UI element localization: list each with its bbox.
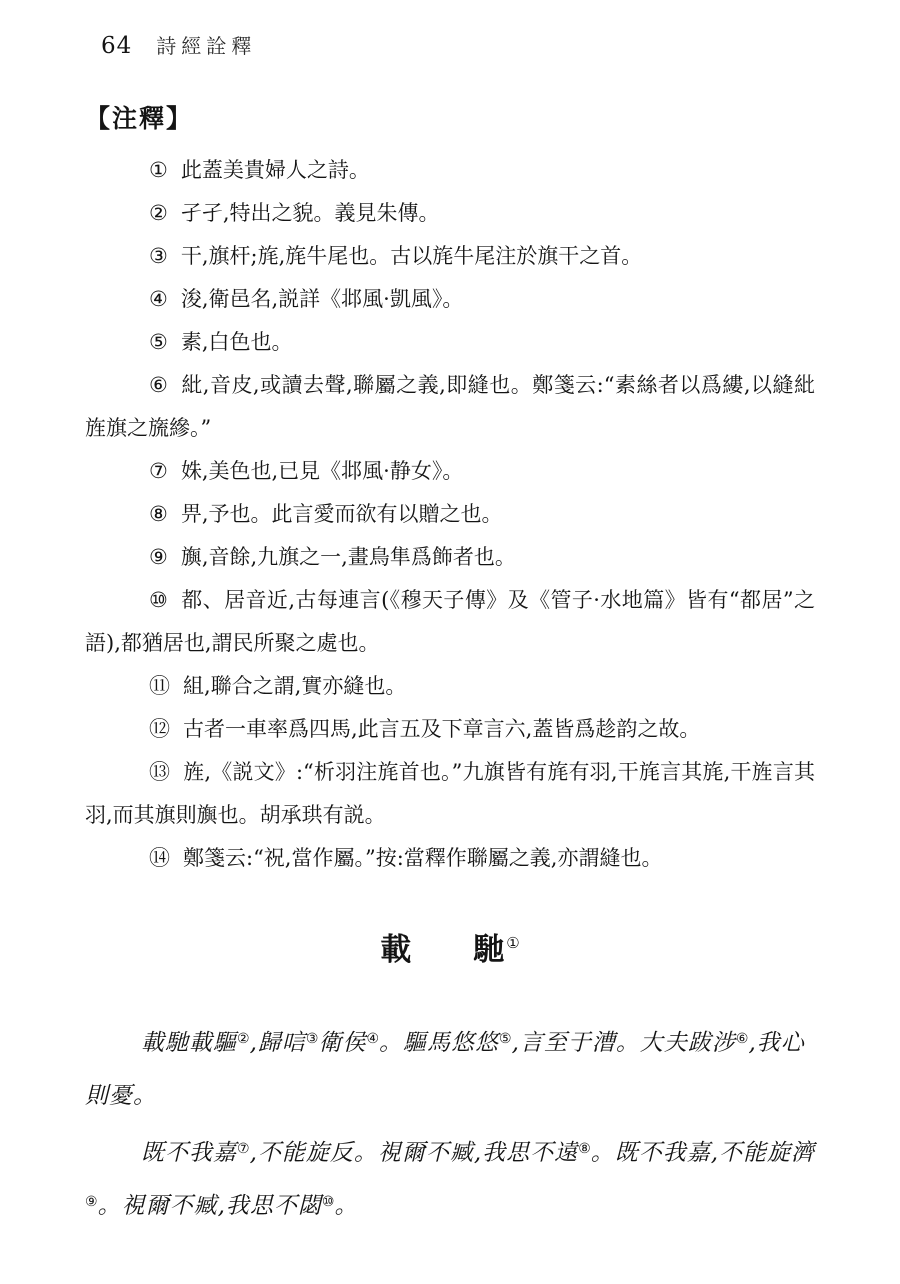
note-item: ⑪組,聯合之謂,實亦縫也。 <box>85 665 815 708</box>
note-item: ⑦姝,美色也,已見《邶風·静女》。 <box>85 450 815 493</box>
verse-text: 衛侯 <box>318 1030 366 1056</box>
note-text: 組,聯合之謂,實亦縫也。 <box>183 674 406 698</box>
note-text: 浚,衛邑名,説詳《邶風·凱風》。 <box>181 287 464 311</box>
note-text: 古者一車率爲四馬,此言五及下章言六,蓋皆爲趁韵之故。 <box>183 717 700 741</box>
note-ref: ⑤ <box>499 1031 512 1047</box>
note-number: ⑩ <box>149 588 168 612</box>
note-number: ② <box>149 201 168 225</box>
verse-text: 。驅馬悠悠 <box>379 1030 499 1056</box>
notes-section-header: 【注釋】 <box>85 99 815 135</box>
note-number: ⑤ <box>149 330 168 354</box>
note-item: ⑨旟,音餘,九旗之一,畫鳥隼爲飾者也。 <box>85 536 815 579</box>
note-number: ⑨ <box>149 545 168 569</box>
note-item: ⑭鄭箋云:“祝,當作屬。”按:當釋作聯屬之義,亦謂縫也。 <box>85 837 815 880</box>
poem-body: 載馳載驅②,歸唁③衛侯④。驅馬悠悠⑤,言至于漕。大夫跋涉⑥,我心則憂。 既不我嘉… <box>85 1017 825 1233</box>
note-item: ④浚,衛邑名,説詳《邶風·凱風》。 <box>85 278 815 321</box>
note-number: ⑥ <box>149 373 168 397</box>
note-number: ③ <box>149 244 168 268</box>
note-text: 素,白色也。 <box>181 330 293 354</box>
verse-text: 。既不我嘉,不能旋濟 <box>591 1140 815 1166</box>
note-ref: ⑥ <box>736 1031 749 1047</box>
poem-title-char: 馳 <box>473 932 504 968</box>
verse-text: 。視爾不臧,我思不閟 <box>98 1193 322 1219</box>
note-number: ⑭ <box>149 846 170 870</box>
note-item: ①此蓋美貴婦人之詩。 <box>85 149 815 192</box>
poem-title: 載馳① <box>85 924 815 969</box>
note-text: 紕,音皮,或讀去聲,聯屬之義,即縫也。鄭箋云:“素絲者以爲縷,以縫紕旌旗之旒縿。… <box>85 373 815 440</box>
note-item: ⑥紕,音皮,或讀去聲,聯屬之義,即縫也。鄭箋云:“素絲者以爲縷,以縫紕旌旗之旒縿… <box>85 364 815 450</box>
verse-text: 。 <box>334 1193 358 1219</box>
note-number: ⑦ <box>149 459 168 483</box>
note-text: 姝,美色也,已見《邶風·静女》。 <box>181 459 464 483</box>
note-text: 旌,《説文》:“析羽注旄首也。”九旗皆有旄有羽,干旄言其旄,干旌言其羽,而其旗則… <box>85 760 815 827</box>
poem-stanza: 載馳載驅②,歸唁③衛侯④。驅馬悠悠⑤,言至于漕。大夫跋涉⑥,我心則憂。 <box>85 1017 825 1123</box>
note-text: 鄭箋云:“祝,當作屬。”按:當釋作聯屬之義,亦謂縫也。 <box>183 846 662 870</box>
note-item: ②孑孑,特出之貌。義見朱傳。 <box>85 192 815 235</box>
note-text: 旟,音餘,九旗之一,畫鳥隼爲飾者也。 <box>181 545 516 569</box>
note-number: ① <box>149 158 168 182</box>
note-ref: ⑩ <box>322 1194 335 1210</box>
note-ref: ⑨ <box>85 1194 98 1210</box>
verse-text: ,不能旋反。視爾不臧,我思不遠 <box>250 1140 579 1166</box>
note-text: 畀,予也。此言愛而欲有以贈之也。 <box>181 502 503 526</box>
note-number: ⑬ <box>149 760 170 784</box>
running-header: 64 詩經詮釋 <box>101 30 815 59</box>
note-ref: ⑧ <box>578 1141 591 1157</box>
notes-list: ①此蓋美貴婦人之詩。 ②孑孑,特出之貌。義見朱傳。 ③干,旗杆;旄,旄牛尾也。古… <box>85 149 815 880</box>
poem-title-char: 載 <box>380 932 411 968</box>
note-item: ⑤素,白色也。 <box>85 321 815 364</box>
page-number: 64 <box>101 33 132 59</box>
verse-text: ,歸唁 <box>250 1030 306 1056</box>
note-text: 此蓋美貴婦人之詩。 <box>181 158 370 182</box>
verse-text: 載馳載驅 <box>141 1030 237 1056</box>
note-number: ⑪ <box>149 674 170 698</box>
note-text: 都、居音近,古每連言(《穆天子傳》及《管子·水地篇》皆有“都居”之語),都猶居也… <box>85 588 815 655</box>
verse-text: 既不我嘉 <box>141 1140 237 1166</box>
note-text: 孑孑,特出之貌。義見朱傳。 <box>181 201 440 225</box>
note-number: ④ <box>149 287 168 311</box>
note-ref: ④ <box>366 1031 379 1047</box>
verse-text: ,言至于漕。大夫跋涉 <box>512 1030 736 1056</box>
poem-title-note-ref: ① <box>506 934 519 952</box>
note-item: ③干,旗杆;旄,旄牛尾也。古以旄牛尾注於旗干之首。 <box>85 235 815 278</box>
note-text: 干,旗杆;旄,旄牛尾也。古以旄牛尾注於旗干之首。 <box>181 244 642 268</box>
note-ref: ③ <box>306 1031 319 1047</box>
book-page: 64 詩經詮釋 【注釋】 ①此蓋美貴婦人之詩。 ②孑孑,特出之貌。義見朱傳。 ③… <box>0 0 900 1284</box>
poem-stanza: 既不我嘉⑦,不能旋反。視爾不臧,我思不遠⑧。既不我嘉,不能旋濟⑨。視爾不臧,我思… <box>85 1127 825 1233</box>
note-ref: ② <box>237 1031 250 1047</box>
book-title: 詩經詮釋 <box>156 30 256 59</box>
note-item: ⑧畀,予也。此言愛而欲有以贈之也。 <box>85 493 815 536</box>
note-item: ⑫古者一車率爲四馬,此言五及下章言六,蓋皆爲趁韵之故。 <box>85 708 815 751</box>
note-item: ⑬旌,《説文》:“析羽注旄首也。”九旗皆有旄有羽,干旄言其旄,干旌言其羽,而其旗… <box>85 751 815 837</box>
note-item: ⑩都、居音近,古每連言(《穆天子傳》及《管子·水地篇》皆有“都居”之語),都猶居… <box>85 579 815 665</box>
note-ref: ⑦ <box>237 1141 250 1157</box>
note-number: ⑧ <box>149 502 168 526</box>
note-number: ⑫ <box>149 717 170 741</box>
